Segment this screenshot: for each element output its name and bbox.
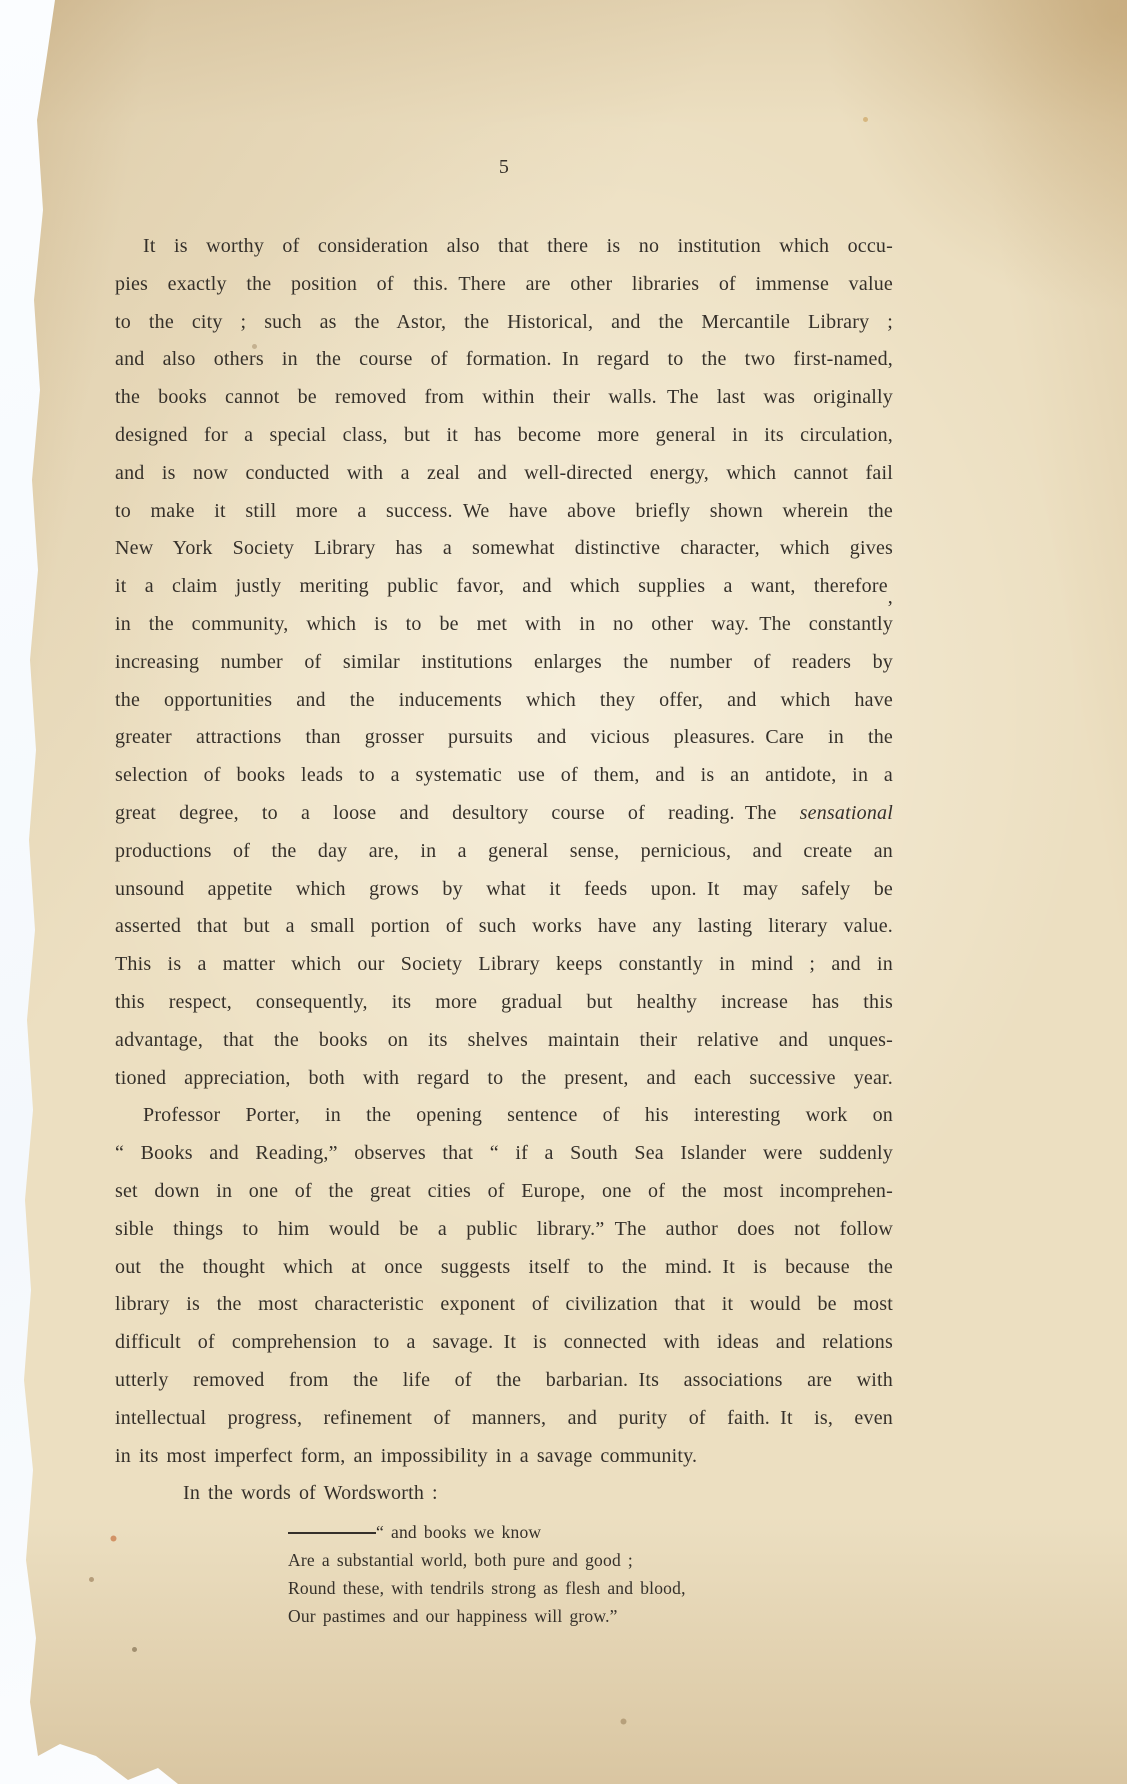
text-line: utterly removed from the life of the bar…	[115, 1362, 893, 1400]
text-line: In the words of Wordsworth :	[115, 1475, 893, 1513]
paper-specks	[0, 0, 3, 3]
text-line: Professor Porter, in the opening sentenc…	[115, 1097, 893, 1135]
text-block: 5 It is worthy of consideration also tha…	[115, 152, 893, 1630]
text-line: in the community, which is to be met wit…	[115, 606, 893, 644]
text-line: to the city ; such as the Astor, the His…	[115, 304, 893, 342]
text-line: this respect, consequently, its more gra…	[115, 984, 893, 1022]
text-line: productions of the day are, in a general…	[115, 833, 893, 871]
text-line: in its most imperfect form, an impossibi…	[115, 1438, 893, 1476]
text-line: pies exactly the position of this. There…	[115, 266, 893, 304]
text-line: great degree, to a loose and desultory c…	[115, 795, 893, 833]
text-line: tioned appreciation, both with regard to…	[115, 1060, 893, 1098]
text-line: “ Books and Reading,” observes that “ if…	[115, 1135, 893, 1173]
text-line: “ and books we know	[288, 1518, 893, 1546]
text-line: Our pastimes and our happiness will grow…	[288, 1602, 893, 1630]
text-line: difficult of comprehension to a savage. …	[115, 1324, 893, 1362]
text-line: unsound appetite which grows by what it …	[115, 871, 893, 909]
text-line: the opportunities and the inducements wh…	[115, 682, 893, 720]
text-line: greater attractions than grosser pursuit…	[115, 719, 893, 757]
text-line: intellectual progress, refinement of man…	[115, 1400, 893, 1438]
text-line: Are a substantial world, both pure and g…	[288, 1546, 893, 1574]
page-number: 5	[115, 152, 893, 182]
text-line: sible things to him would be a public li…	[115, 1211, 893, 1249]
scan-background: 5 It is worthy of consideration also tha…	[0, 0, 1127, 1784]
text-line: This is a matter which our Society Libra…	[115, 946, 893, 984]
text-line: the books cannot be removed from within …	[115, 379, 893, 417]
text-line: out the thought which at once suggests i…	[115, 1249, 893, 1287]
text-line: it a claim justly meriting public favor,…	[115, 568, 893, 606]
text-line: and is now conducted with a zeal and wel…	[115, 455, 893, 493]
text-line: It is worthy of consideration also that …	[115, 228, 893, 266]
text-line: selection of books leads to a systematic…	[115, 757, 893, 795]
text-line: asserted that but a small portion of suc…	[115, 908, 893, 946]
text-line: library is the most characteristic expon…	[115, 1286, 893, 1324]
text-line: set down in one of the great cities of E…	[115, 1173, 893, 1211]
poem-leading-dash	[288, 1532, 376, 1534]
text-line: advantage, that the books on its shelves…	[115, 1022, 893, 1060]
text-line: New York Society Library has a somewhat …	[115, 530, 893, 568]
text-line: increasing number of similar institution…	[115, 644, 893, 682]
poem-block: “ and books we knowAre a substantial wor…	[288, 1518, 893, 1630]
body-text: It is worthy of consideration also that …	[115, 228, 893, 1513]
text-line: and also others in the course of formati…	[115, 341, 893, 379]
text-line: to make it still more a success. We have…	[115, 493, 893, 531]
text-line: designed for a special class, but it has…	[115, 417, 893, 455]
book-page: 5 It is worthy of consideration also tha…	[0, 0, 1127, 1784]
text-line: Round these, with tendrils strong as fle…	[288, 1574, 893, 1602]
